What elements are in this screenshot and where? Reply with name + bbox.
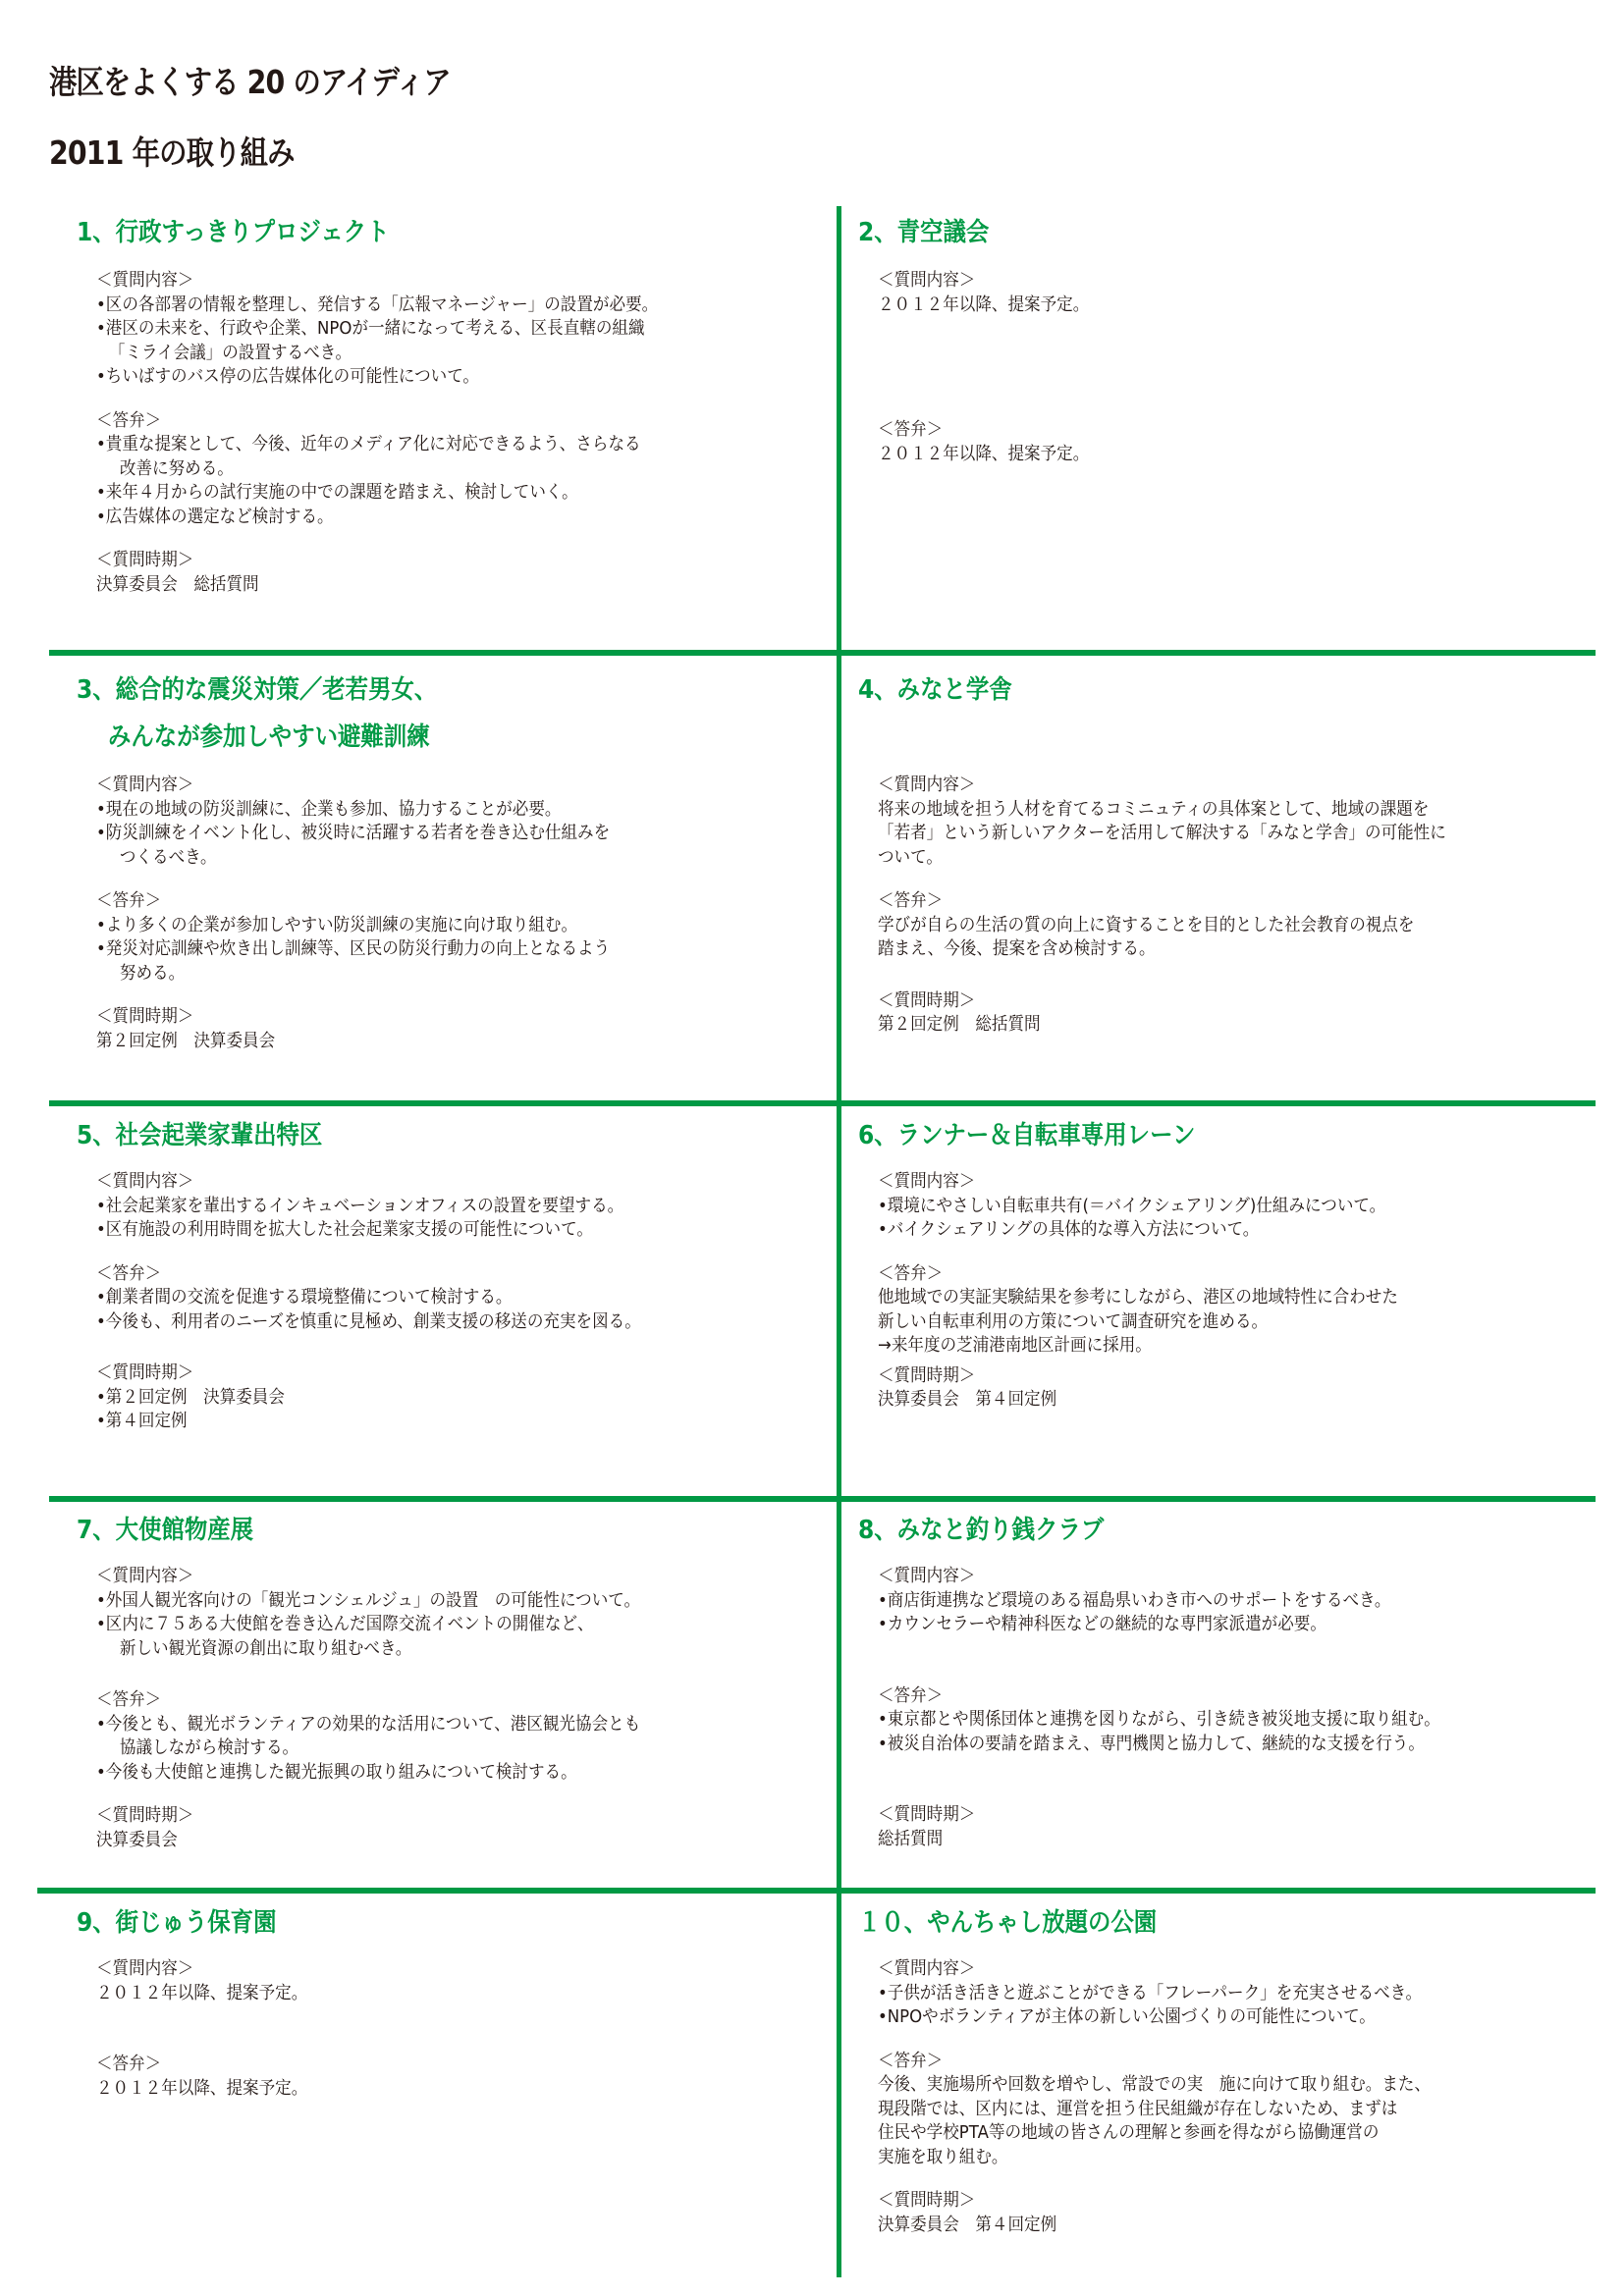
idea-title: １０、やんちゃし放題の公園 (858, 1900, 1157, 1946)
question-line: •バイクシェアリングの具体的な導入方法について。 (878, 1218, 1398, 1243)
answer-line: 新しい自転車利用の方策について調査研究を進める。 (878, 1310, 1398, 1335)
question-line: 将来の地域を担う人材を育てるコミニュティの具体案として、地域の課題を (878, 798, 1446, 823)
idea-title: 4、みなと学舎 (858, 667, 1012, 713)
answer-line: •今後も大使館と連携した観光振興の取り組みについて検討する。 (96, 1761, 640, 1786)
timing-line: 第２回定例 決算委員会 (96, 1030, 610, 1054)
question-label: ＜質問内容＞ (878, 1565, 1440, 1589)
row-divider (49, 650, 1596, 656)
answer-label: ＜答弁＞ (96, 2053, 307, 2077)
question-line: 新しい観光資源の創出に取り組むべき。 (96, 1637, 640, 1662)
idea-title: 9、街じゅう保育園 (77, 1900, 276, 1946)
answer-line: 今後、実施場所や回数を増やし、常設での実 施に向けて取り組む。また、 (878, 2073, 1431, 2098)
timing-line: •第４回定例 (96, 1410, 641, 1434)
question-label: ＜質問内容＞ (878, 1170, 1398, 1195)
answer-line: •創業者間の交流を促進する環境整備について検討する。 (96, 1286, 641, 1310)
answer-label: ＜答弁＞ (96, 1262, 641, 1287)
answer-line: •東京都とや関係団体と連携を図りながら、引き続き被災地支援に取り組む。 (878, 1708, 1440, 1733)
question-line: •子供が活き活きと遊ぶことができる「フレーパーク」を充実させるべき。 (878, 1982, 1431, 2006)
question-label: ＜質問内容＞ (878, 774, 1446, 798)
timing-label: ＜質問時期＞ (96, 549, 658, 573)
page-title: 港区をよくする 20 のアイディア (49, 57, 451, 103)
answer-label: ＜答弁＞ (96, 409, 658, 434)
question-line: 「若者」という新しいアクターを活用して解決する「みなと学舎」の可能性に (878, 822, 1446, 846)
timing-label: ＜質問時期＞ (878, 1364, 1398, 1389)
question-line: •ちいばすのバス停の広告媒体化の可能性について。 (96, 365, 658, 390)
answer-line: •貴重な提案として、今後、近年のメディア化に対応できるよう、さらなる (96, 433, 658, 457)
question-line: ２０１２年以降、提案予定。 (878, 294, 1089, 318)
timing-line: 総括質問 (878, 1828, 1440, 1852)
answer-line: 学びが自らの生活の質の向上に資することを目的とした社会教育の視点を (878, 914, 1446, 938)
answer-line: ２０１２年以降、提案予定。 (878, 443, 1089, 467)
answer-line: ２０１２年以降、提案予定。 (96, 2077, 307, 2102)
idea-title: 3、総合的な震災対策／老若男女、 (77, 667, 437, 713)
answer-label: ＜答弁＞ (878, 418, 1089, 443)
answer-line: 現段階では、区内には、運営を担う住民組織が存在しないため、まずは (878, 2098, 1431, 2122)
question-line: •防災訓練をイベント化し、被災時に活躍する若者を巻き込む仕組みを (96, 822, 610, 846)
answer-line: →来年度の芝浦港南地区計画に採用。 (878, 1334, 1398, 1359)
question-line: 「ミライ会議」の設置するべき。 (96, 342, 658, 366)
answer-label: ＜答弁＞ (878, 1262, 1398, 1287)
question-line: •港区の未来を、行政や企業、NPOが一緒になって考える、区長直轄の組織 (96, 317, 658, 342)
timing-label: ＜質問時期＞ (96, 1005, 610, 1030)
question-line: つくるべき。 (96, 846, 610, 871)
row-divider (49, 1496, 1596, 1502)
answer-line: •今後も、利用者のニーズを慎重に見極め、創業支援の移送の充実を図る。 (96, 1310, 641, 1335)
question-line: ついて。 (878, 846, 1446, 871)
question-line: •カウンセラーや精神科医などの継続的な専門家派遣が必要。 (878, 1613, 1440, 1637)
question-line: •社会起業家を輩出するインキュベーションオフィスの設置を要望する。 (96, 1195, 641, 1219)
idea-title: 8、みなと釣り銭クラブ (858, 1508, 1104, 1553)
answer-line: •より多くの企業が参加しやすい防災訓練の実施に向け取り組む。 (96, 914, 610, 938)
idea-title: 6、ランナー＆自転車専用レーン (858, 1113, 1195, 1158)
question-line: •区内に７５ある大使館を巻き込んだ国際交流イベントの開催など、 (96, 1613, 640, 1637)
question-line: •現在の地域の防災訓練に、企業も参加、協力することが必要。 (96, 798, 610, 823)
idea-title: 7、大使館物産展 (77, 1508, 253, 1553)
question-label: ＜質問内容＞ (96, 1957, 307, 1982)
question-label: ＜質問内容＞ (96, 1170, 641, 1195)
timing-label: ＜質問時期＞ (878, 989, 1446, 1014)
answer-line: 他地域での実証実験結果を参考にしながら、港区の地域特性に合わせた (878, 1286, 1398, 1310)
question-label: ＜質問内容＞ (96, 1565, 640, 1589)
answer-line: •広告媒体の選定など検討する。 (96, 506, 658, 530)
timing-line: 決算委員会 (96, 1829, 640, 1853)
question-line: •外国人観光客向けの「観光コンシェルジュ」の設置 の可能性について。 (96, 1589, 640, 1614)
timing-line: •第２回定例 決算委員会 (96, 1386, 641, 1411)
answer-line: 住民や学校PTA等の地域の皆さんの理解と参画を得ながら協働運営の (878, 2121, 1431, 2146)
row-divider (37, 1888, 1596, 1894)
question-line: ２０１２年以降、提案予定。 (96, 1982, 307, 2006)
answer-line: 協議しながら検討する。 (96, 1736, 640, 1761)
timing-label: ＜質問時期＞ (96, 1804, 640, 1829)
answer-line: 実施を取り組む。 (878, 2146, 1431, 2170)
idea-title: 2、青空議会 (858, 210, 989, 255)
question-label: ＜質問内容＞ (878, 269, 1089, 294)
answer-line: 改善に努める。 (96, 457, 658, 482)
timing-line: 決算委員会 総括質問 (96, 573, 658, 598)
answer-label: ＜答弁＞ (878, 889, 1446, 914)
timing-line: 決算委員会 第４回定例 (878, 1388, 1398, 1413)
answer-line: •被災自治体の要請を踏まえ、専門機関と協力して、継続的な支援を行う。 (878, 1733, 1440, 1757)
timing-label: ＜質問時期＞ (878, 1803, 1440, 1828)
timing-label: ＜質問時期＞ (96, 1362, 641, 1386)
question-line: •区の各部署の情報を整理し、発信する「広報マネージャー」の設置が必要。 (96, 294, 658, 318)
answer-line: •来年４月からの試行実施の中での課題を踏まえ、検討していく。 (96, 481, 658, 506)
idea-title: 1、行政すっきりプロジェクト (77, 210, 390, 255)
column-divider (837, 206, 841, 2277)
answer-label: ＜答弁＞ (96, 889, 610, 914)
timing-label: ＜質問時期＞ (878, 2189, 1431, 2214)
answer-line: 踏まえ、今後、提案を含め検討する。 (878, 937, 1446, 962)
idea-title: 5、社会起業家輩出特区 (77, 1113, 322, 1158)
question-label: ＜質問内容＞ (878, 1957, 1431, 1982)
answer-label: ＜答弁＞ (878, 2050, 1431, 2074)
answer-line: •発災対応訓練や炊き出し訓練等、区民の防災行動力の向上となるよう (96, 937, 610, 962)
answer-line: •今後とも、観光ボランティアの効果的な活用について、港区観光協会とも (96, 1713, 640, 1737)
answer-line: 努める。 (96, 962, 610, 987)
row-divider (49, 1100, 1596, 1106)
question-label: ＜質問内容＞ (96, 774, 610, 798)
question-line: •NPOやボランティアが主体の新しい公園づくりの可能性について。 (878, 2005, 1431, 2030)
question-line: •環境にやさしい自転車共有(＝バイクシェアリング)仕組みについて。 (878, 1195, 1398, 1219)
idea-title-line2: みんなが参加しやすい避難訓練 (108, 715, 430, 760)
question-line: •商店街連携など環境のある福島県いわき市へのサポートをするべき。 (878, 1589, 1440, 1614)
question-line: •区有施設の利用時間を拡大した社会起業家支援の可能性について。 (96, 1218, 641, 1243)
question-label: ＜質問内容＞ (96, 269, 658, 294)
answer-label: ＜答弁＞ (878, 1684, 1440, 1709)
timing-line: 第２回定例 総括質問 (878, 1013, 1446, 1038)
page-subtitle: 2011 年の取り組み (49, 128, 295, 174)
answer-label: ＜答弁＞ (96, 1688, 640, 1713)
timing-line: 決算委員会 第４回定例 (878, 2214, 1431, 2238)
